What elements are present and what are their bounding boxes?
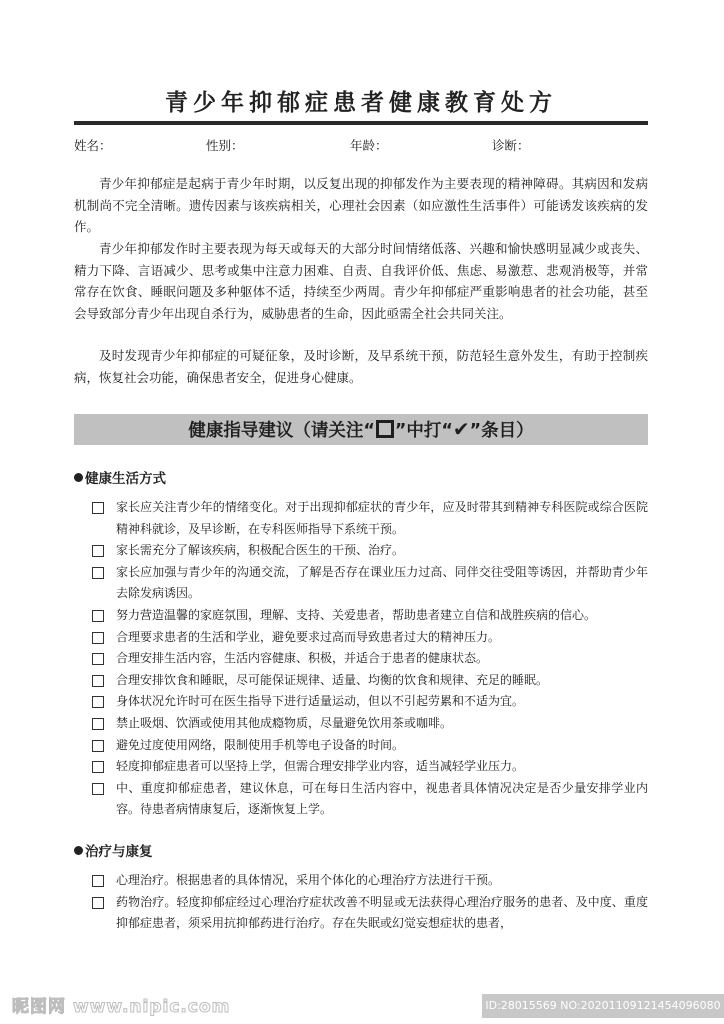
page-title: 青少年抑郁症患者健康教育处方 (74, 84, 648, 117)
gender-field-label: 性别： (206, 136, 244, 154)
watermark-logo: 昵图网 www.nipic.com (12, 992, 230, 1017)
checkbox[interactable] (92, 718, 104, 730)
guidance-banner: 健康指导建议（请关注“”中打“✔”条目） (74, 414, 648, 445)
guidance-banner-suffix: ”条目） (470, 421, 534, 441)
checklist-item: 家长应加强与青少年的沟通交流，了解是否存在课业压力过高、同伴交往受阻等诱因，并帮… (92, 562, 648, 605)
intro-paragraph-definition: 青少年抑郁症是起病于青少年时期，以反复出现的抑郁发作为主要表现的精神障碍。其病因… (74, 173, 648, 238)
checkbox[interactable] (92, 696, 104, 708)
checklist-item: 轻度抑郁症患者可以坚持上学，但需合理安排学业内容，适当减轻学业压力。 (92, 756, 648, 778)
bullet-icon (74, 846, 83, 855)
checklist-item: 中、重度抑郁症患者，建议休息，可在每日生活内容中，视患者具体情况决定是否少量安排… (92, 778, 648, 821)
healthy-lifestyle-checklist: 家长应关注青少年的情绪变化。对于出现抑郁症状的青少年，应及时带其到精神专科医院或… (92, 497, 648, 821)
checklist-item: 避免过度使用网络，限制使用手机等电子设备的时间。 (92, 735, 648, 757)
section-heading-healthy-lifestyle: 健康生活方式 (74, 467, 166, 487)
checkmark-icon: ✔ (453, 417, 470, 441)
checklist-item: 禁止吸烟、饮酒或使用其他成瘾物质，尽量避免饮用茶或咖啡。 (92, 713, 648, 735)
checklist-item: 心理治疗。根据患者的具体情况，采用个体化的心理治疗方法进行干预。 (92, 870, 648, 892)
diagnosis-field-label: 诊断： (492, 136, 530, 154)
checklist-item: 合理安排饮食和睡眠，尽可能保证规律、适量、均衡的饮食和规律、充足的睡眠。 (92, 670, 648, 692)
checklist-item: 药物治疗。轻度抑郁症经过心理治疗症状改善不明显或无法获得心理治疗服务的患者、及中… (92, 892, 648, 935)
checkbox[interactable] (92, 740, 104, 752)
checklist-item: 合理要求患者的生活和学业，避免要求过高而导致患者过大的精神压力。 (92, 627, 648, 649)
name-field-label: 姓名： (74, 136, 112, 154)
age-field-label: 年龄： (350, 136, 388, 154)
checklist-item: 努力营造温馨的家庭氛围，理解、支持、关爱患者，帮助患者建立自信和战胜疾病的信心。 (92, 605, 648, 627)
title-divider (74, 121, 648, 125)
checklist-item: 家长需充分了解该疾病，积极配合医生的干预、治疗。 (92, 540, 648, 562)
watermark-footer: 昵图网 www.nipic.com ID:28015569 NO:2020110… (0, 988, 724, 1024)
checkbox-icon (376, 420, 394, 438)
treatment-checklist: 心理治疗。根据患者的具体情况，采用个体化的心理治疗方法进行干预。 药物治疗。轻度… (92, 870, 648, 935)
watermark-id: ID:28015569 NO:20201109121454096080 (482, 994, 724, 1018)
checkbox[interactable] (92, 632, 104, 644)
checkbox[interactable] (92, 610, 104, 622)
guidance-banner-middle: ”中打“ (395, 421, 453, 441)
checkbox[interactable] (92, 897, 104, 909)
section-heading-treatment: 治疗与康复 (74, 840, 153, 860)
checklist-item: 合理安排生活内容，生活内容健康、积极，并适合于患者的健康状态。 (92, 648, 648, 670)
checklist-item: 家长应关注青少年的情绪变化。对于出现抑郁症状的青少年，应及时带其到精神专科医院或… (92, 497, 648, 540)
checkbox[interactable] (92, 653, 104, 665)
intro-paragraph-early-detection: 及时发现青少年抑郁症的可疑征象，及时诊断，及早系统干预，防范轻生意外发生，有助于… (74, 345, 648, 388)
checkbox[interactable] (92, 875, 104, 887)
guidance-banner-prefix: 健康指导建议（请关注“ (188, 421, 375, 441)
checklist-item: 身体状况允许时可在医生指导下进行适量运动，但以不引起劳累和不适为宜。 (92, 691, 648, 713)
bullet-icon (74, 473, 83, 482)
checkbox[interactable] (92, 761, 104, 773)
patient-info-fields: 姓名： 性别： 年龄： 诊断： (74, 136, 648, 154)
checkbox[interactable] (92, 675, 104, 687)
checkbox[interactable] (92, 567, 104, 579)
checkbox[interactable] (92, 502, 104, 514)
checkbox[interactable] (92, 545, 104, 557)
intro-paragraph-symptoms: 青少年抑郁发作时主要表现为每天或每天的大部分时间情绪低落、兴趣和愉快感明显减少或… (74, 238, 648, 324)
checkbox[interactable] (92, 783, 104, 795)
